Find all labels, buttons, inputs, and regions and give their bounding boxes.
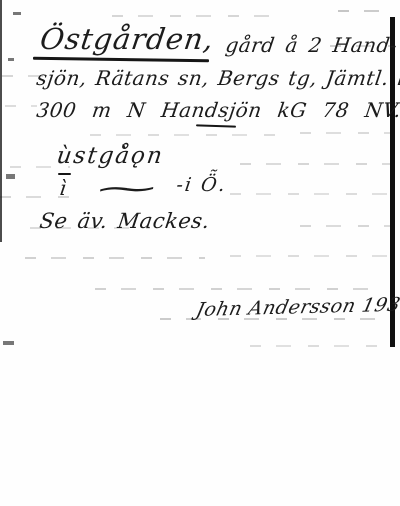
ruled-line	[240, 163, 390, 165]
description-line-2: sjön, Rätans sn, Bergs tg, Jämtl. l. —	[35, 66, 400, 90]
description-line-1: gård å 2 Hand-	[224, 33, 399, 57]
ruled-line	[0, 196, 82, 198]
place-name-underline	[33, 57, 209, 62]
ruled-line	[338, 10, 396, 12]
handsjon-underline	[196, 124, 236, 127]
dialect-form: ùstgå̀ǫn	[55, 143, 166, 169]
ruled-line	[25, 257, 205, 259]
ruled-line	[95, 288, 385, 290]
description-line-3: 300 m N Handsjön kG 78 NV.	[35, 98, 400, 122]
ruled-line	[300, 225, 392, 227]
dialect-repeat-tilde: ~	[90, 176, 112, 200]
ruled-line	[230, 193, 390, 195]
ruled-line	[112, 15, 272, 17]
collector-signature: John Andersson 1931.	[194, 293, 400, 321]
archive-card: Östgården, gård å 2 Hand- sjön, Rätans s…	[0, 0, 400, 506]
scan-speck	[6, 174, 15, 179]
cross-reference: Se äv. Mackes.	[38, 209, 211, 233]
scan-speck	[3, 341, 14, 345]
ruled-line	[90, 134, 290, 136]
dialect-accent-underline	[58, 173, 71, 175]
place-name: Östgården,	[38, 22, 216, 56]
ruled-line	[300, 132, 395, 134]
scan-speck	[8, 58, 14, 61]
left-edge-scan-line	[0, 0, 2, 242]
scan-speck	[13, 12, 21, 15]
ruled-line	[250, 345, 380, 347]
dialect-inflection-suffix: -i Ö̃.	[175, 174, 228, 196]
ruled-line	[230, 255, 390, 257]
ruled-line	[5, 105, 37, 107]
